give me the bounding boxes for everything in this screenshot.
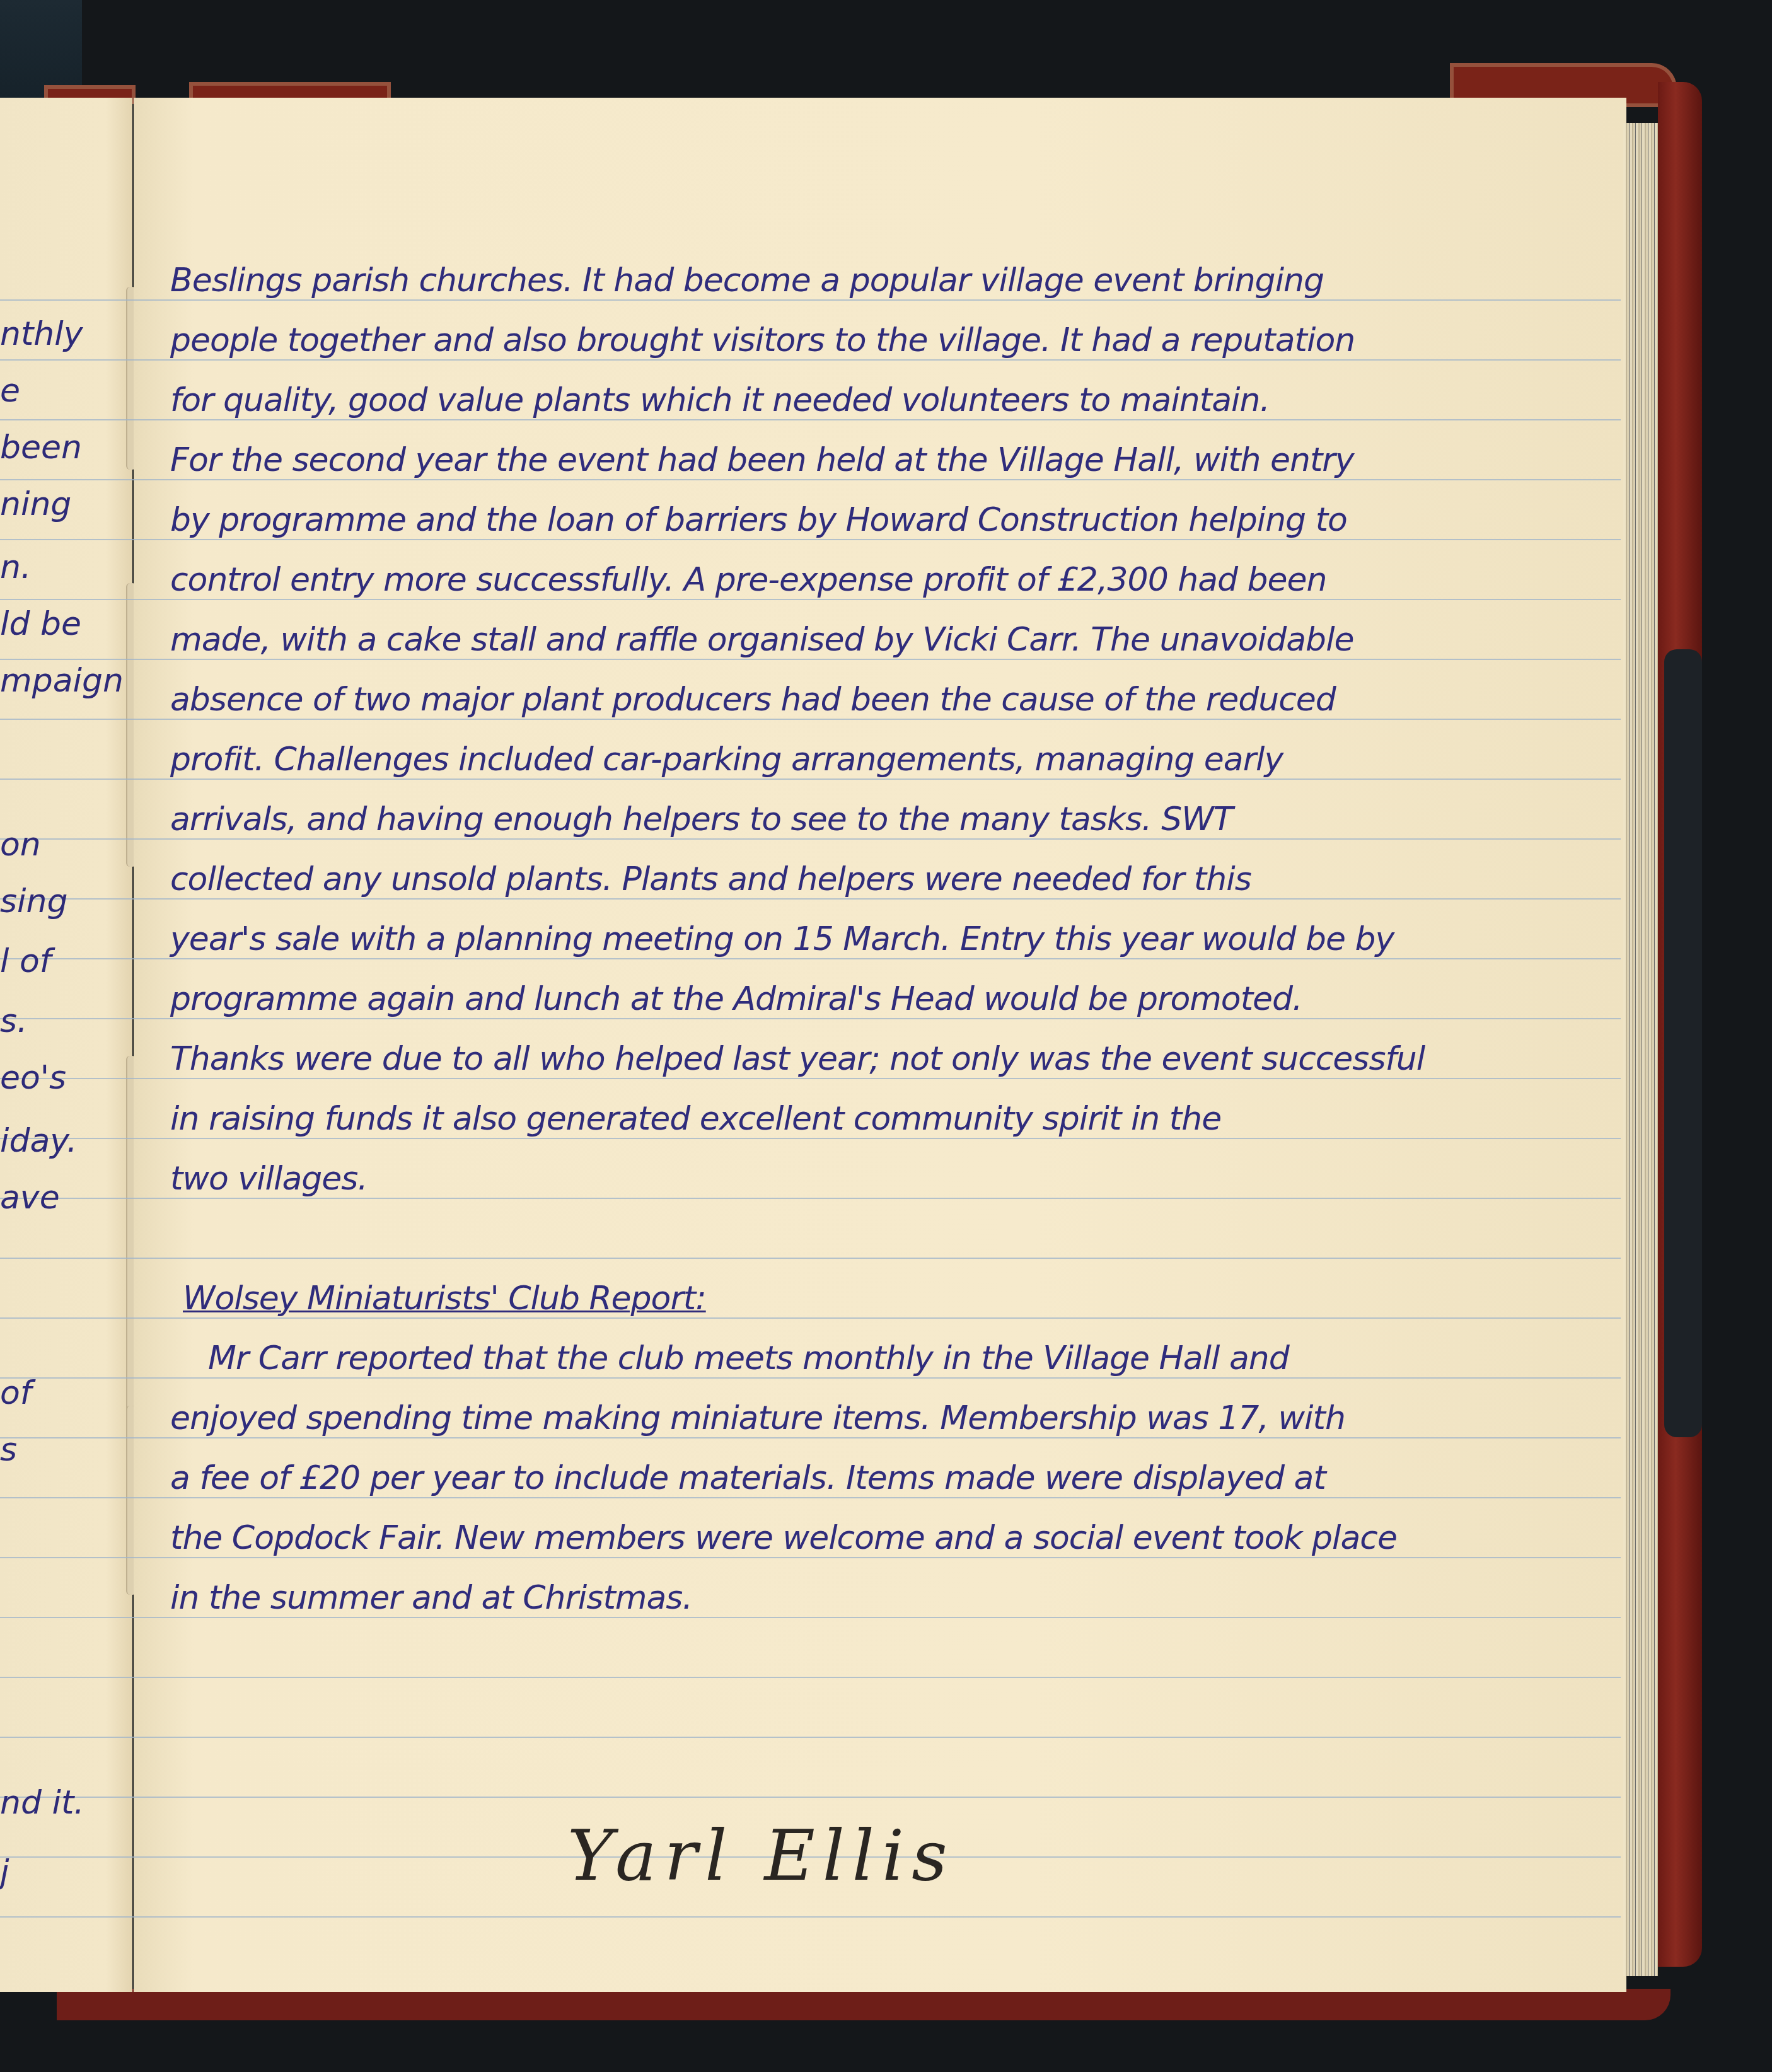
ruled-line [0,1138,1621,1139]
text-line: profit. Challenges included car-parking … [170,741,1283,778]
text-line: in raising funds it also generated excel… [170,1100,1221,1138]
ruled-line [0,479,1621,480]
ruled-line [0,1497,1621,1498]
text-line: made, with a cake stall and raffle organ… [170,621,1354,659]
ruled-line [0,1258,1621,1259]
ruled-line [0,838,1621,840]
left-page-fragment: nthly [0,315,83,353]
ruled-line [0,1617,1621,1618]
left-page-fragment: ave [0,1179,60,1217]
text-line: in the summer and at Christmas. [170,1579,692,1617]
text-line: Thanks were due to all who helped last y… [170,1040,1425,1078]
left-page-fragment: mpaign [0,662,124,700]
text-line: by programme and the loan of barriers by… [170,501,1347,539]
text-line: For the second year the event had been h… [170,441,1354,479]
ruled-line [0,539,1621,540]
left-page-fragment: iday. [0,1122,78,1160]
left-page-fragment: nd it. [0,1784,84,1822]
ruled-line [0,1317,1621,1319]
text-line: year's sale with a planning meeting on 1… [170,920,1394,958]
ruled-line [0,1797,1621,1798]
ruled-line [0,778,1621,780]
ruled-line [0,1198,1621,1199]
text-line: enjoyed spending time making miniature i… [170,1399,1345,1437]
text-line: Mr Carr reported that the club meets mon… [208,1340,1289,1377]
ruled-line [0,898,1621,900]
ruled-line [0,1916,1621,1918]
cover-cloth-patch [1664,649,1702,1437]
signature: Yarl Ellis [567,1815,955,1896]
left-page-fragment: n. [0,548,32,586]
left-page-fragment: s [0,1431,17,1469]
ruled-line [0,299,1621,301]
left-page-fragment: eo's [0,1059,66,1097]
text-line: programme again and lunch at the Admiral… [170,980,1302,1018]
left-page-fragment: sing [0,883,68,920]
ruled-line [0,359,1621,361]
ruled-line [0,1677,1621,1678]
text-line: Beslings parish churches. It had become … [170,262,1324,299]
left-page-fragment: been [0,429,82,466]
text-line: control entry more successfully. A pre-e… [170,561,1327,599]
ruled-line [0,659,1621,660]
text-line: people together and also brought visitor… [170,321,1355,359]
left-page-fragment: s. [0,1002,28,1040]
text-line: arrivals, and having enough helpers to s… [170,801,1232,838]
ruled-line [0,599,1621,600]
text-line: two villages. [170,1160,368,1198]
text-line: for quality, good value plants which it … [170,381,1270,419]
ruled-line [0,958,1621,959]
left-page-fragment: ld be [0,605,81,643]
ruled-line [0,1377,1621,1379]
book-cover-bottom [57,1989,1671,2020]
section-heading: Wolsey Miniaturists' Club Report: [183,1280,706,1317]
left-page-fragment: j [0,1853,9,1891]
ruled-line [0,419,1621,420]
ruled-line [0,1557,1621,1558]
text-line: collected any unsold plants. Plants and … [170,860,1251,898]
left-page-fragment: l of [0,942,51,980]
left-page-fragment: of [0,1374,32,1412]
ruled-line [0,1437,1621,1438]
ruled-line [0,1737,1621,1738]
page-edges [1623,123,1658,1976]
left-page-fragment: on [0,826,41,864]
text-line: a fee of £20 per year to include materia… [170,1459,1326,1497]
ruled-line [0,719,1621,720]
book-cover-right [1658,82,1702,1967]
left-page-fragment: ning [0,485,71,523]
ruled-line [0,1078,1621,1079]
ruled-line [0,1018,1621,1019]
left-page-fragment: e [0,372,20,410]
text-line: the Copdock Fair. New members were welco… [170,1519,1397,1557]
text-line: absence of two major plant producers had… [170,681,1336,719]
